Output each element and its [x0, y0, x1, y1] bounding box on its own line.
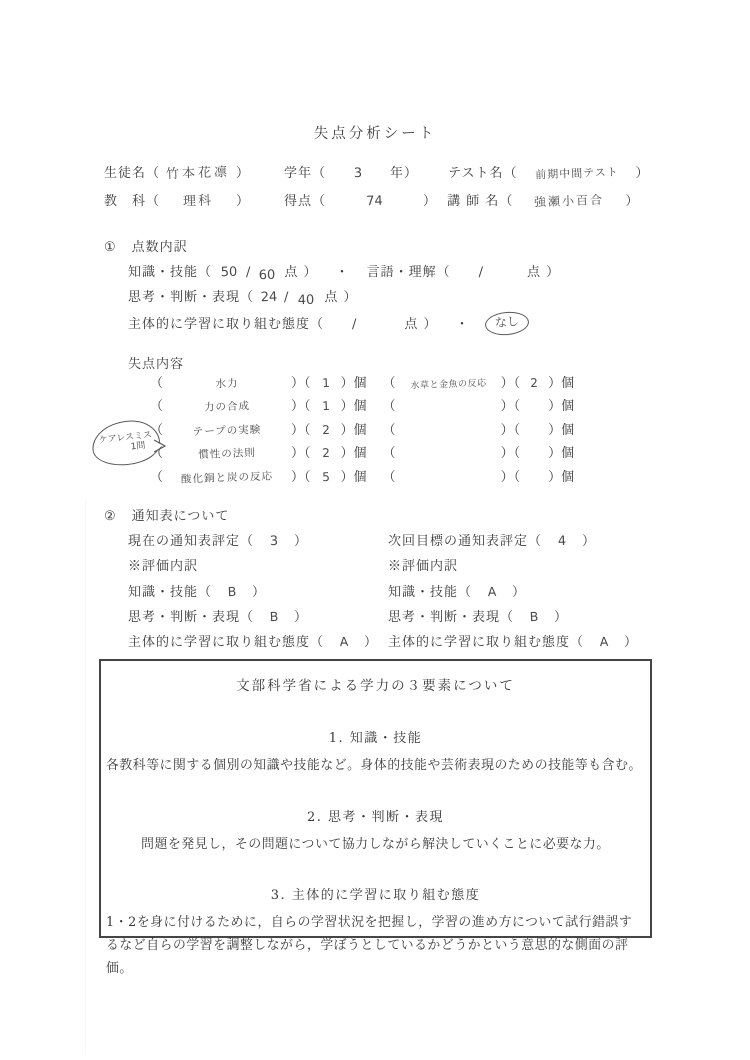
- spacer: [116, 508, 132, 525]
- info-body-1: 各教科等に関する個別の知識や技能など。身体的技能や芸術表現のための技能等も含む。: [101, 754, 650, 777]
- paren: ）（: [291, 372, 311, 391]
- rating-value: B: [212, 582, 253, 600]
- paren-unit: ）個: [548, 419, 574, 438]
- paren: （: [150, 395, 163, 414]
- paren-close: ）: [624, 634, 637, 651]
- rating-attitude-right: 主体的に学習に取り組む態度（A）: [388, 633, 637, 651]
- target-rating-line: 次回目標の通知表評定（4）: [388, 533, 595, 550]
- paren: （: [150, 419, 163, 438]
- paren-unit: ）個: [341, 419, 367, 438]
- header-row-2: 教 科（理科） 得点（74） 講 師 名（強瀬小百合）: [104, 193, 639, 210]
- spacer: [250, 193, 284, 210]
- paren-close: ）: [423, 193, 437, 210]
- thinking-score: 24: [254, 288, 285, 306]
- mistake-topic-left: 水力: [163, 374, 291, 393]
- target-rating-value: 4: [542, 532, 583, 550]
- grade-unit: 年）: [390, 165, 418, 182]
- paren: ）（: [291, 395, 311, 414]
- section2-heading: ② 通知表について: [104, 508, 229, 525]
- spacer: [250, 165, 284, 182]
- paren: ）（: [291, 419, 311, 438]
- paren-close: ）: [294, 609, 307, 626]
- mistake-topic-left: 酸化銅と炭の反応: [163, 468, 291, 487]
- rating-label: 主体的に学習に取り組む態度（: [388, 634, 584, 651]
- rating-value: B: [254, 607, 295, 625]
- rating-attitude-left: 主体的に学習に取り組む態度（A）: [128, 633, 377, 651]
- paren: ）（: [501, 442, 521, 461]
- current-rating-line: 現在の通知表評定（3）: [128, 533, 307, 550]
- rating-label: 知識・技能（: [128, 584, 212, 601]
- paren: （: [150, 466, 163, 485]
- rating-label: 思考・判断・表現（: [128, 609, 254, 626]
- mistake-count-left: 2: [310, 445, 340, 460]
- rating-label: 知識・技能（: [388, 584, 472, 601]
- paper-crease: [85, 500, 86, 1055]
- mistake-topic-left: 力の合成: [163, 397, 291, 416]
- paren: ）（: [501, 372, 521, 391]
- info-heading-2: 2. 思考・判断・表現: [101, 806, 650, 825]
- info-heading-3: 3. 主体的に学習に取り組む態度: [101, 884, 650, 903]
- mistake-count-left: 1: [310, 398, 340, 413]
- paren-close: ）: [512, 584, 525, 601]
- section1-heading: ① 点数内訳: [104, 239, 188, 256]
- spacer: [349, 264, 367, 281]
- mistake-topic-left: 慣性の法則: [163, 444, 291, 463]
- mistakes-title: 失点内容: [128, 356, 184, 373]
- paren-close: ）: [236, 165, 250, 182]
- subject-value: 理科: [160, 192, 237, 212]
- section1-number: ①: [104, 239, 116, 256]
- breakdown-note-left: ※評価内訳: [128, 558, 198, 575]
- paren: ）（: [291, 466, 311, 485]
- mistakes-heading: 失点内容: [128, 356, 184, 373]
- middle-dot: ・: [336, 264, 349, 281]
- mistake-count-left: 1: [310, 375, 340, 390]
- paren-unit: ）個: [548, 372, 574, 391]
- paren: （: [383, 419, 396, 438]
- spacer: [367, 423, 383, 438]
- paren: （: [383, 372, 396, 391]
- section2-number: ②: [104, 508, 116, 525]
- info-body-2: 問題を発見し，その問題について協力しながら解決していくことに必要な力。: [101, 833, 650, 856]
- current-rating-label: 現在の通知表評定（: [128, 533, 254, 550]
- rating-label: 思考・判断・表現（: [388, 609, 514, 626]
- knowledge-score: 50: [212, 263, 247, 281]
- mistake-row: （水力）（1）個 （水草と金魚の反応）（2）個: [150, 372, 574, 391]
- paren-unit: ）個: [341, 466, 367, 485]
- score-breakdown-thinking: 思考・判断・表現（24/40点 ）: [128, 289, 358, 306]
- test-name-value: 前期中間テスト: [517, 163, 636, 184]
- mistake-row: （テープの実験）（2）個 （）（）個: [150, 419, 574, 438]
- score-breakdown-knowledge: 知識・技能（50/60点 ） ・ 言語・理解（/点 ）: [128, 264, 560, 281]
- teacher-value: 強瀬小百合: [513, 191, 626, 212]
- paren-close: ）: [625, 193, 639, 210]
- spacer: [367, 399, 383, 414]
- test-name-label: テスト名（: [448, 165, 517, 182]
- breakdown-note-text: ※評価内訳: [388, 558, 458, 575]
- breakdown-note-text: ※評価内訳: [128, 558, 198, 575]
- target-rating-label: 次回目標の通知表評定（: [388, 533, 542, 550]
- points-close: 点 ）: [527, 264, 560, 281]
- score-label: 得点（: [284, 193, 326, 210]
- grade-label: 学年（: [284, 165, 326, 182]
- spacer: [367, 376, 383, 391]
- paren-close: ）: [636, 165, 650, 182]
- spacer: [418, 165, 448, 182]
- spacer: [116, 239, 132, 256]
- paren-unit: ）個: [341, 442, 367, 461]
- rating-value: A: [584, 632, 625, 650]
- rating-value: A: [324, 632, 365, 650]
- grade-value: 3: [326, 164, 391, 183]
- mistake-topic-left: テープの実験: [163, 421, 291, 440]
- mistake-topic-right: 水草と金魚の反応: [395, 375, 500, 392]
- rating-thinking-left: 思考・判断・表現（B）: [128, 608, 307, 626]
- mext-info-box: 文部科学省による学力の３要素について 1. 知識・技能 各教科等に関する個別の知…: [99, 659, 652, 938]
- paren: ）（: [291, 442, 311, 461]
- subject-label: 教 科（: [104, 193, 160, 210]
- points-close: 点 ）: [284, 264, 317, 281]
- paren-close: ）: [294, 533, 307, 550]
- mistake-count-left: 2: [310, 422, 340, 437]
- thinking-max: 40: [288, 291, 325, 309]
- spacer: [367, 446, 383, 461]
- breakdown-note-right: ※評価内訳: [388, 558, 458, 575]
- current-rating-value: 3: [254, 532, 295, 550]
- paren: （: [383, 442, 396, 461]
- mistake-row: （酸化銅と炭の反応）（5）個 （）（）個: [150, 466, 574, 485]
- paren: ）（: [501, 466, 521, 485]
- paren-unit: ）個: [548, 442, 574, 461]
- ring-binding-marks: [26, 18, 62, 1028]
- paren-unit: ）個: [341, 395, 367, 414]
- rating-thinking-right: 思考・判断・表現（B）: [388, 608, 567, 626]
- thinking-label: 思考・判断・表現（: [128, 289, 254, 306]
- info-heading-1: 1. 知識・技能: [101, 727, 650, 746]
- paren-close: ）: [252, 584, 265, 601]
- mistake-row: （力の合成）（1）個 （）（）個: [150, 395, 574, 414]
- section1-title: 点数内訳: [132, 239, 188, 256]
- knowledge-max: 60: [250, 266, 285, 284]
- middle-dot: ・: [456, 316, 469, 333]
- rating-value: A: [472, 582, 513, 600]
- rating-knowledge-left: 知識・技能（B）: [128, 583, 265, 601]
- paren-unit: ）個: [341, 372, 367, 391]
- paren-close: ）: [236, 193, 250, 210]
- slash: /: [352, 316, 356, 333]
- paren-close: ）: [554, 609, 567, 626]
- points-close: 点 ）: [324, 289, 357, 306]
- scanned-analysis-sheet: 失点分析シート 生徒名（竹本花凛） 学年（3年） テスト名（前期中間テスト） 教…: [0, 0, 750, 1060]
- paren-unit: ）個: [548, 466, 574, 485]
- language-label: 言語・理解（: [367, 264, 451, 281]
- paren: （: [383, 466, 396, 485]
- spacer: [318, 264, 336, 281]
- spacer: [469, 316, 485, 333]
- attitude-label: 主体的に学習に取り組む態度（: [128, 316, 324, 333]
- paren-close: ）: [364, 634, 377, 651]
- teacher-label: 講 師 名（: [447, 193, 513, 210]
- spacer: [438, 316, 456, 333]
- rating-knowledge-right: 知識・技能（A）: [388, 583, 525, 601]
- student-name-value: 竹本花凛: [160, 164, 237, 184]
- points-close: 点 ）: [404, 316, 437, 333]
- knowledge-label: 知識・技能（: [128, 264, 212, 281]
- rating-value: B: [514, 607, 555, 625]
- section2-title: 通知表について: [132, 508, 230, 525]
- info-body-3: 1・2を身に付けるために，自らの学習状況を把握し，学習の進め方について試行錯誤す…: [101, 911, 650, 980]
- score-breakdown-attitude: 主体的に学習に取り組む態度（/点 ） ・ なし: [128, 314, 529, 337]
- paren-unit: ）個: [548, 395, 574, 414]
- attitude-none-circled: なし: [484, 310, 530, 337]
- paren: （: [150, 442, 163, 461]
- page-title: 失点分析シート: [0, 122, 750, 143]
- mistake-count-right: 2: [520, 376, 548, 391]
- info-box-title: 文部科学省による学力の３要素について: [101, 674, 650, 694]
- mistake-row: （慣性の法則）（2）個 （）（）個: [150, 442, 574, 461]
- paren-close: ）: [582, 533, 595, 550]
- paren: ）（: [501, 419, 521, 438]
- student-name-label: 生徒名（: [104, 165, 160, 182]
- header-row-1: 生徒名（竹本花凛） 学年（3年） テスト名（前期中間テスト）: [104, 165, 650, 182]
- paren: （: [383, 395, 396, 414]
- bubble-text-line2: 1問: [130, 441, 146, 452]
- slash: /: [479, 264, 483, 281]
- paren: （: [150, 372, 163, 391]
- paren: ）（: [501, 395, 521, 414]
- spacer: [437, 193, 447, 210]
- score-value: 74: [326, 191, 424, 211]
- mistake-count-left: 5: [310, 469, 340, 484]
- rating-label: 主体的に学習に取り組む態度（: [128, 634, 324, 651]
- spacer: [367, 470, 383, 485]
